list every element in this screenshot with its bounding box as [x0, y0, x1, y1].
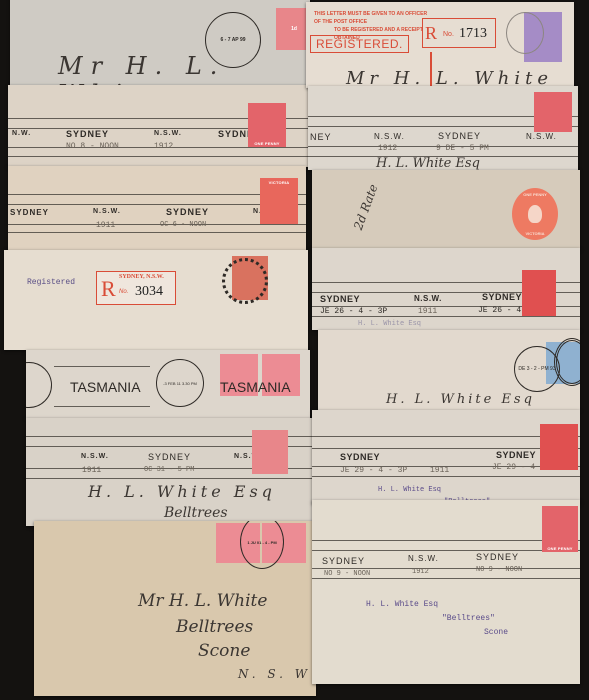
handwritten-address-line2: Belltrees: [164, 505, 228, 521]
envelope-belltrees-typed: SYDNEY N.S.W. SYDNEY NO 9 - NOON 1912 NO…: [312, 500, 580, 684]
hobart-postmark: -3 FEB 11 3.30 PM: [156, 359, 204, 407]
registration-label: R No. 1713: [422, 18, 496, 48]
hobart-postmark-partial: [26, 362, 52, 408]
cancel-date: JE 29 - 4 - 3P: [340, 466, 407, 475]
address-line2: Belltrees: [176, 617, 253, 637]
envelope-hobart-tasmania: TASMANIA -3 FEB 11 3.30 PM TASMANIA: [26, 350, 310, 418]
cancel-state: N.S.W.: [81, 453, 109, 460]
cancel-date: NO 9 - NOON: [324, 570, 370, 578]
cancel-town: SYDNEY: [438, 131, 481, 141]
envelope-registered-1713: THIS LETTER MUST BE GIVEN TO AN OFFICER …: [306, 2, 574, 88]
cancel-year: 1912: [412, 568, 429, 576]
envelope-registered-sydney: Registered R SYDNEY, N.S.W. No. 3034: [4, 250, 308, 350]
cancel-town: SYDNEY: [320, 294, 360, 304]
stamp: ONE PENNY: [542, 506, 578, 552]
envelope-sydney-1911-oct: SYDNEY N.S.W. SYDNEY N.S.W. 1911 OC 6 - …: [8, 166, 306, 250]
cancel-state: N.S.W.: [154, 130, 182, 137]
typed-address: H. L. White Esq: [358, 320, 421, 328]
queen-head-icon: [528, 205, 542, 223]
envelope-victoria-embossed: 2d Rate ONE PENNY VICTORIA: [312, 170, 580, 250]
circular-postmark: [222, 258, 268, 304]
cancel-state-2: N.S.W.: [526, 132, 557, 141]
cancel-state: N.S.W.: [414, 294, 442, 303]
stamp: 1d: [276, 8, 310, 50]
address-line3: Scone: [198, 641, 250, 661]
handwritten-address-line1: H. L. White Esq: [88, 482, 276, 501]
side-note: 2d Rate: [351, 182, 380, 231]
handwritten-address: H. L. White Esq: [386, 392, 535, 407]
cancel-state: N.S.W.: [374, 132, 405, 141]
slogan-tasmania-2: TASMANIA: [220, 379, 291, 395]
cancel-town-2: SYDNEY: [496, 450, 536, 460]
registered-typed: Registered: [27, 278, 75, 287]
typed-address-line3: Scone: [484, 628, 508, 637]
cancel-year: 1911: [96, 221, 115, 230]
cancel-year: 1911: [82, 466, 101, 475]
cancel-left: N.W.: [12, 130, 31, 137]
envelope-sydney-1912: N.W. SYDNEY N.S.W. SYDNEY NO 8 - NOON 19…: [8, 85, 308, 167]
handwritten-address: Mr H. L. White: [58, 52, 310, 88]
cancel-date-2: NO 9 - NOON: [476, 566, 522, 574]
stamp: ONE PENNY: [248, 103, 286, 147]
cancel-town-2: SYDNEY: [476, 552, 519, 562]
registration-label: R SYDNEY, N.S.W. No. 3034: [96, 271, 176, 305]
envelope-sydney-1912-dec: NEY N.S.W. SYDNEY N.S.W. 1912 9 DE - 5 P…: [308, 86, 578, 170]
typed-address-line2: "Belltrees": [442, 614, 495, 623]
cancel-date: 9 DE - 5 PM: [436, 144, 489, 153]
stamp: [252, 430, 288, 474]
registered-box: REGISTERED.: [310, 35, 409, 53]
cancel-date: OC 6 - NOON: [160, 221, 206, 229]
envelope-sydney-1911-hw: N.S.W. SYDNEY N.S.W. 1911 OC 31 - 5 PM H…: [26, 418, 314, 526]
cancel-town: SYDNEY: [166, 207, 209, 217]
stamp: [540, 424, 578, 470]
typed-address-line1: H. L. White Esq: [366, 600, 438, 609]
stamp: VICTORIA: [260, 178, 298, 224]
envelope-sydney-1893: DE 3 - 2 - PM 93 H. L. White Esq: [318, 330, 580, 410]
sydney-postmark: DE 3 - 2 - PM 93: [514, 346, 560, 392]
handwritten-address: Mr H. L. White: [346, 68, 553, 88]
cancel-town: SYDNEY: [148, 452, 191, 462]
cancel-town: SYDNEY: [340, 452, 380, 462]
envelope-sydney-june29-1911: SYDNEY SYDNEY JE 29 - 4 - 3P 1911 JE 29 …: [312, 410, 580, 504]
stamp: [534, 92, 572, 132]
envelope-belltrees-handwritten: 1 JU 01 - 4 - PM Mr H. L. White Belltree…: [34, 521, 316, 696]
circular-postmark: [506, 12, 544, 54]
cancel-year: 1911: [430, 466, 449, 475]
cancel-state: N.S.W.: [408, 554, 439, 563]
stamp: [522, 270, 556, 316]
address-line4: N. S. W: [238, 667, 311, 681]
cancel-town: SYDNEY: [322, 556, 365, 566]
embossed-stamp: ONE PENNY VICTORIA: [512, 188, 558, 240]
envelope-sydney-june-1911: SYDNEY N.S.W. SYDNEY JE 26 - 4 - 3P 1911…: [312, 248, 580, 330]
cancel-date: OC 31 - 5 PM: [144, 466, 194, 474]
typed-address-line1: H. L. White Esq: [378, 486, 441, 494]
address-line1: Mr H. L. White: [138, 591, 267, 611]
cancel-year: 1911: [418, 307, 437, 316]
cancel-year: 1912: [378, 144, 397, 153]
cancel-town-2: SYDNEY: [482, 292, 522, 302]
envelope-esperance: 6 - 7 AP 99 1d Mr H. L. White: [10, 0, 310, 88]
cancel-date: NO 8 - NOON: [66, 142, 119, 151]
cancel-left: NEY: [310, 132, 332, 142]
cancel-left: SYDNEY: [10, 208, 49, 217]
cancel-state: N.S.W.: [93, 208, 121, 215]
cancel-town: SYDNEY: [66, 129, 109, 139]
slogan-tasmania: TASMANIA: [70, 379, 141, 395]
cancel-year: 1912: [154, 142, 173, 151]
handwritten-address: H. L. White Esq: [376, 156, 480, 170]
cancel-date: JE 26 - 4 - 3P: [320, 307, 387, 316]
